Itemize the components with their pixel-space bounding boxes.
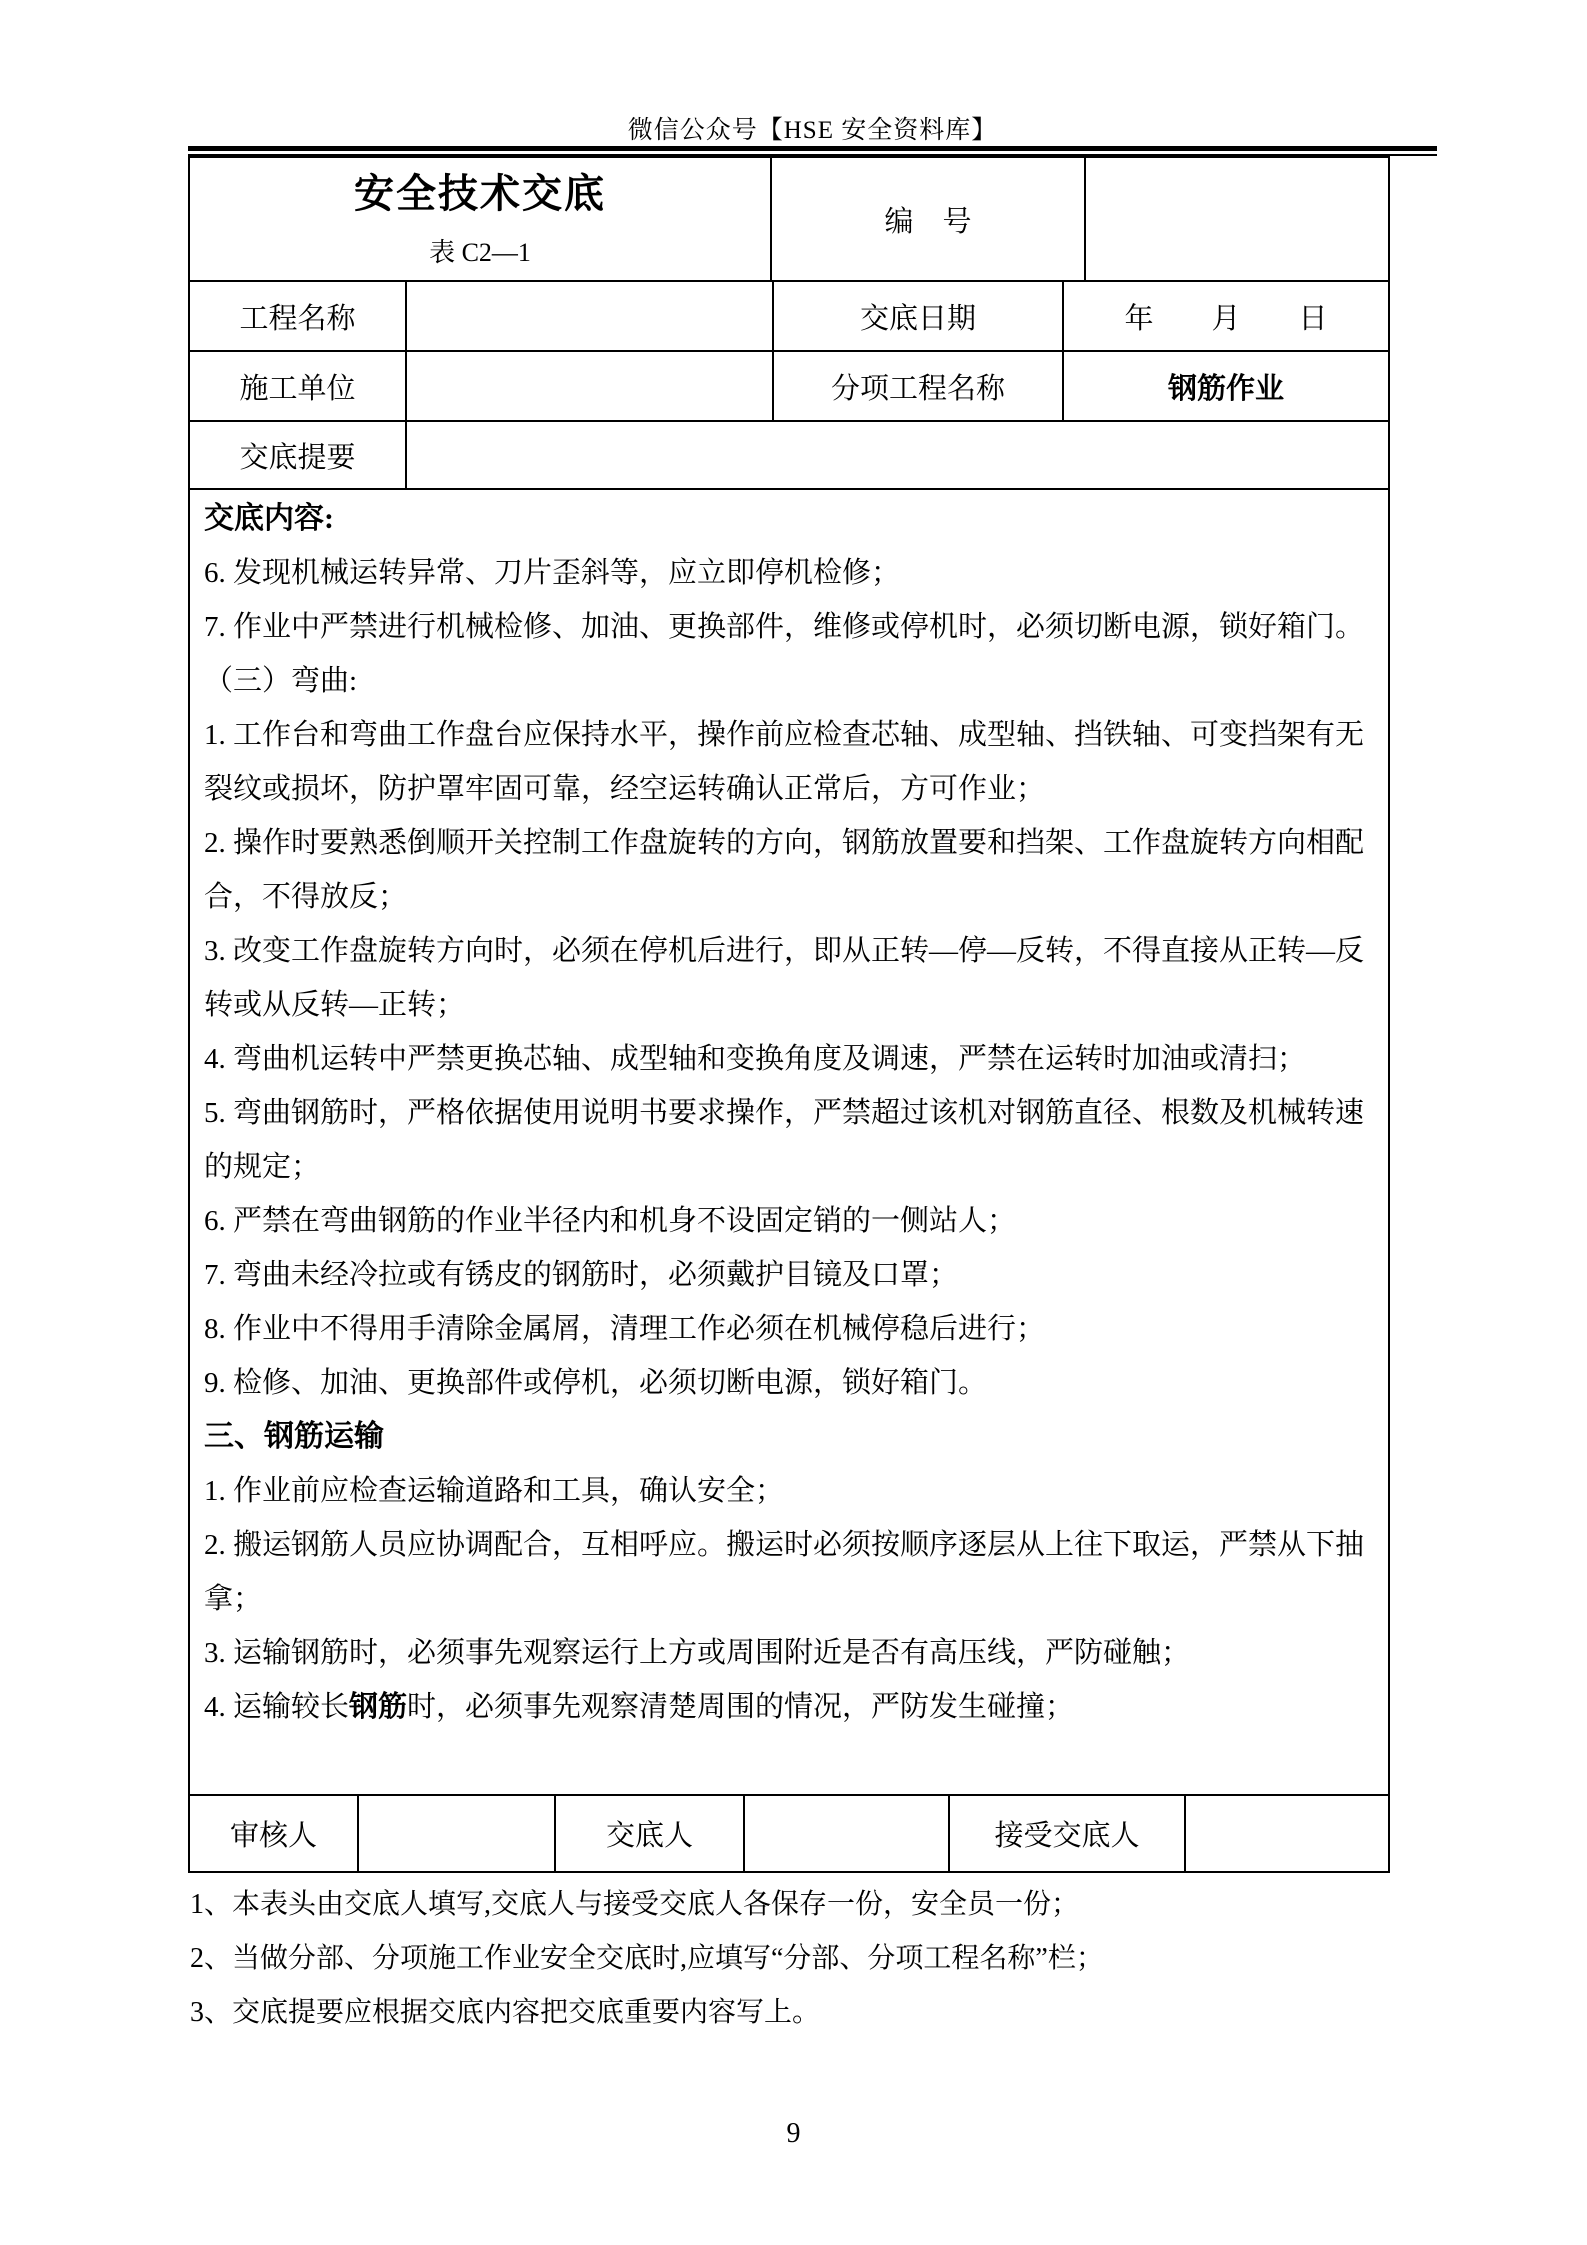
content-line: 4. 运输较长钢筋时，必须事先观察清楚周围的情况，严防发生碰撞；	[204, 1680, 1074, 1734]
summary-row: 交底提要	[190, 422, 1388, 490]
content-line: 6. 严禁在弯曲钢筋的作业半径内和机身不设固定销的一侧站人；	[204, 1194, 1016, 1248]
project-name-row: 工程名称 交底日期 年 月 日	[190, 282, 1388, 352]
content-row: 交底内容:6. 发现机械运转异常、刀片歪斜等，应立即停机检修；7. 作业中严禁进…	[190, 490, 1388, 1796]
project-name-value-cell	[407, 282, 774, 350]
page-number: 9	[0, 2118, 1587, 2150]
footer-note: 3、交底提要应根据交底内容把交底重要内容写上。	[190, 1986, 1430, 2040]
content-line: 9. 检修、加油、更换部件或停机，必须切断电源，锁好箱门。	[204, 1356, 987, 1410]
reviewer-label: 审核人	[190, 1796, 359, 1871]
form-title-cell: 安全技术交底 表 C2—1	[190, 158, 772, 280]
summary-label: 交底提要	[190, 422, 407, 488]
content-line: 的规定；	[204, 1140, 320, 1194]
content-line: 交底内容:	[204, 492, 334, 546]
content-line: 合，不得放反；	[204, 870, 407, 924]
footer-note: 1、本表头由交底人填写,交底人与接受交底人各保存一份，安全员一份；	[190, 1878, 1430, 1932]
sub-project-label: 分项工程名称	[774, 352, 1064, 420]
form-subtitle: 表 C2—1	[429, 232, 531, 269]
content-line: 转或从反转—正转；	[204, 978, 465, 1032]
disclosure-content-cell: 交底内容:6. 发现机械运转异常、刀片歪斜等，应立即停机检修；7. 作业中严禁进…	[190, 490, 1388, 1794]
receiver-signature-cell	[1186, 1796, 1388, 1871]
reviewer-signature-cell	[359, 1796, 556, 1871]
content-line: 1. 工作台和弯曲工作盘台应保持水平，操作前应检查芯轴、成型轴、挡铁轴、可变挡架…	[204, 708, 1364, 762]
content-line: 8. 作业中不得用手清除金属屑，清理工作必须在机械停稳后进行；	[204, 1302, 1045, 1356]
content-line: 1. 作业前应检查运输道路和工具，确认安全；	[204, 1464, 784, 1518]
footer-notes: 1、本表头由交底人填写,交底人与接受交底人各保存一份，安全员一份；2、当做分部、…	[190, 1878, 1430, 2040]
content-line: （三）弯曲:	[204, 654, 357, 708]
construction-unit-value-cell	[407, 352, 774, 420]
content-line: 2. 搬运钢筋人员应协调配合，互相呼应。搬运时必须按顺序逐层从上往下取运，严禁从…	[204, 1518, 1364, 1572]
form-title: 安全技术交底	[354, 170, 606, 218]
title-row: 安全技术交底 表 C2—1 编 号	[190, 158, 1388, 282]
content-line: 3. 运输钢筋时，必须事先观察运行上方或周围附近是否有高压线，严防碰触；	[204, 1626, 1190, 1680]
number-value-cell	[1086, 158, 1388, 280]
project-name-label: 工程名称	[190, 282, 407, 350]
construction-unit-row: 施工单位 分项工程名称 钢筋作业	[190, 352, 1388, 422]
content-line: 2. 操作时要熟悉倒顺开关控制工作盘旋转的方向，钢筋放置要和挡架、工作盘旋转方向…	[204, 816, 1364, 870]
construction-unit-label: 施工单位	[190, 352, 407, 420]
content-line: 7. 弯曲未经冷拉或有锈皮的钢筋时，必须戴护目镜及口罩；	[204, 1248, 958, 1302]
sub-project-value-cell: 钢筋作业	[1064, 352, 1388, 420]
receiver-label: 接受交底人	[950, 1796, 1186, 1871]
disclosure-date-value-cell: 年 月 日	[1064, 282, 1388, 350]
content-line: 3. 改变工作盘旋转方向时，必须在停机后进行，即从正转—停—反转，不得直接从正转…	[204, 924, 1364, 978]
header-rule	[188, 146, 1437, 156]
footer-note: 2、当做分部、分项施工作业安全交底时,应填写“分部、分项工程名称”栏；	[190, 1932, 1430, 1986]
number-label: 编 号	[772, 158, 1086, 280]
content-line: 三、钢筋运输	[204, 1410, 384, 1464]
discloser-signature-cell	[745, 1796, 950, 1871]
signature-row: 审核人 交底人 接受交底人	[190, 1796, 1388, 1871]
discloser-label: 交底人	[556, 1796, 745, 1871]
safety-disclosure-form-table: 安全技术交底 表 C2—1 编 号 工程名称 交底日期 年 月 日 施工单位 分…	[188, 156, 1390, 1873]
summary-value-cell	[407, 422, 1388, 488]
document-page: 微信公众号【HSE 安全资料库】 安全技术交底 表 C2—1 编 号 工程名称 …	[0, 0, 1587, 2245]
content-line: 6. 发现机械运转异常、刀片歪斜等，应立即停机检修；	[204, 546, 900, 600]
wechat-account-header: 微信公众号【HSE 安全资料库】	[188, 110, 1437, 146]
content-line: 5. 弯曲钢筋时，严格依据使用说明书要求操作，严禁超过该机对钢筋直径、根数及机械…	[204, 1086, 1364, 1140]
disclosure-date-label: 交底日期	[774, 282, 1064, 350]
content-line: 拿；	[204, 1572, 262, 1626]
content-line: 7. 作业中严禁进行机械检修、加油、更换部件，维修或停机时，必须切断电源，锁好箱…	[204, 600, 1364, 654]
content-line: 裂纹或损坏，防护罩牢固可靠，经空运转确认正常后，方可作业；	[204, 762, 1045, 816]
content-line: 4. 弯曲机运转中严禁更换芯轴、成型轴和变换角度及调速，严禁在运转时加油或清扫；	[204, 1032, 1306, 1086]
